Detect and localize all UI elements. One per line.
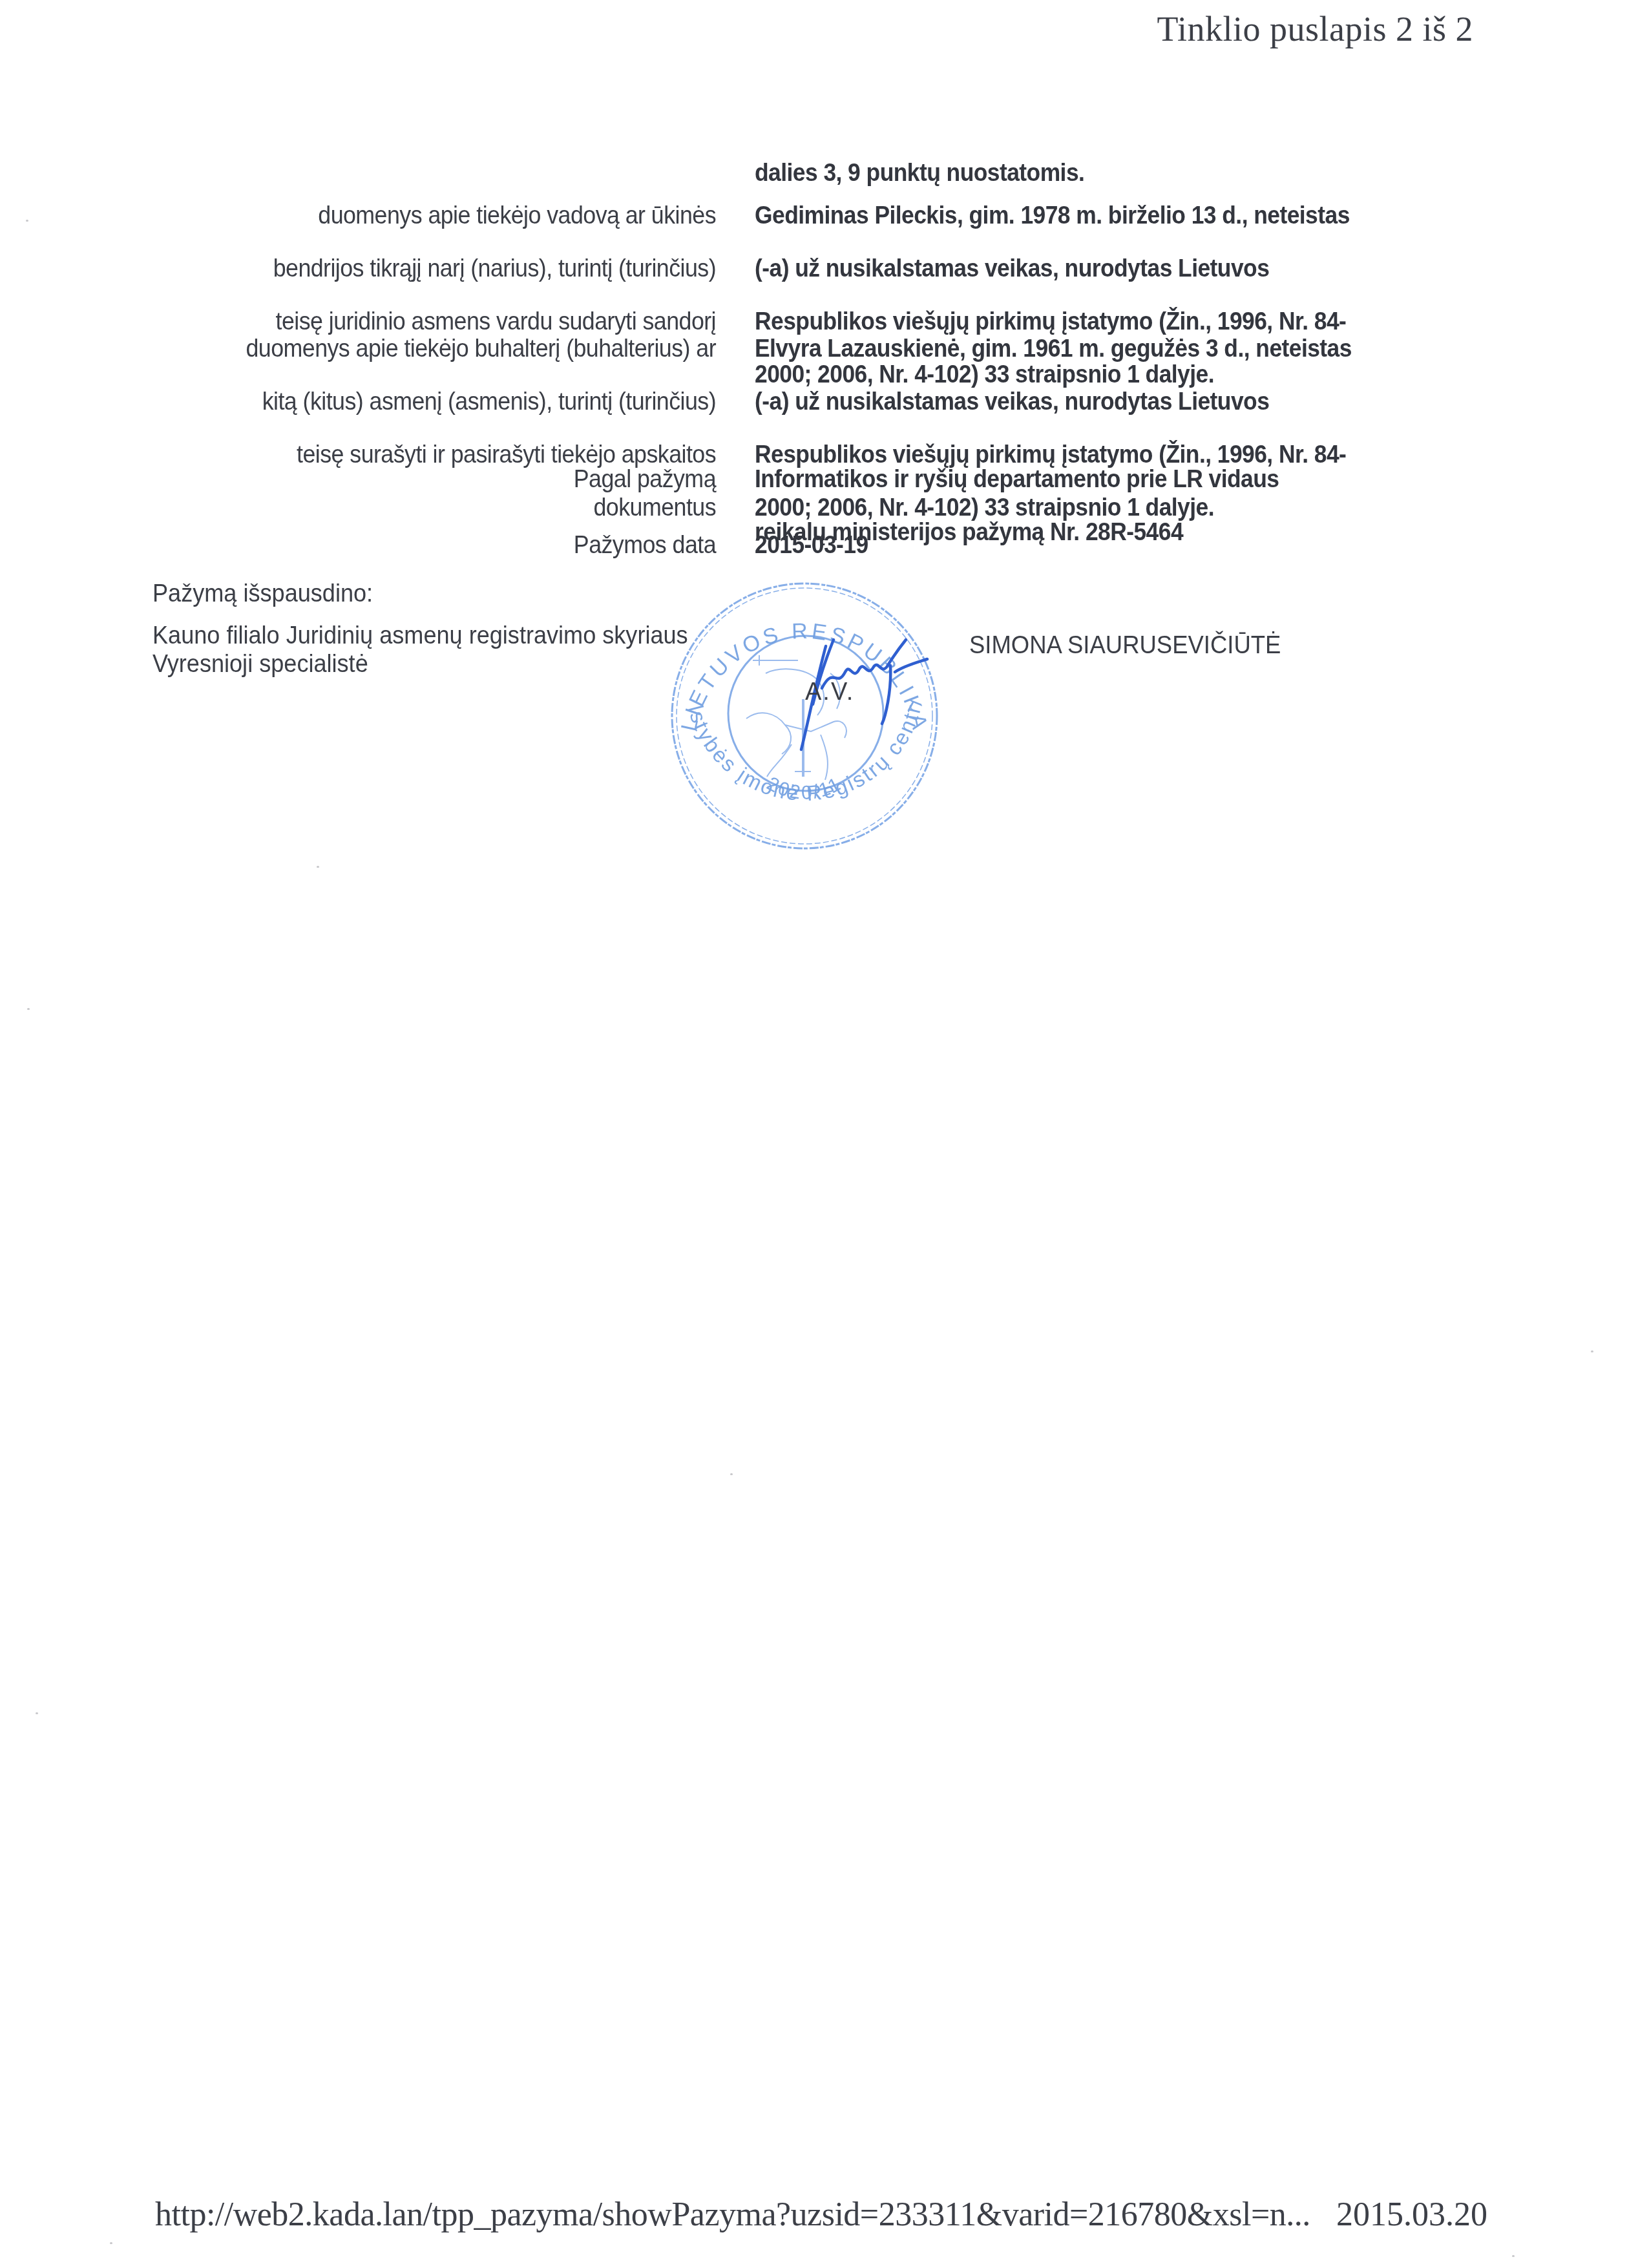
value-line: (-a) už nusikalstamas veikas, nurodytas … [755, 255, 1438, 282]
signer-department: Kauno filialo Juridinių asmenų registrav… [152, 622, 688, 678]
label-line: duomenys apie tiekėjo vadovą ar ūkinės [175, 202, 716, 229]
label-line: kitą (kitus) asmenį (asmenis), turintį (… [175, 388, 716, 415]
department-line: Kauno filialo Juridinių asmenų registrav… [152, 622, 688, 650]
footer-print-date: 2015.03.20 [1336, 2196, 1487, 2234]
label-line: Pažymos data [175, 532, 716, 558]
stamp-place-mark: A.V. [805, 678, 854, 706]
value-line: 2015-03-19 [755, 532, 1438, 558]
signer-name: SIMONA SIAURUSEVIČIŪTĖ [969, 632, 1281, 660]
scan-speck [36, 1712, 38, 1714]
value-line: Gediminas Pileckis, gim. 1978 m. birželi… [755, 202, 1438, 229]
detail-label: Pažymos data [175, 505, 716, 585]
value-line: Informatikos ir ryšių departamento prie … [755, 466, 1438, 492]
scan-speck [27, 1008, 30, 1010]
scan-speck [730, 1473, 733, 1475]
value-line: (-a) už nusikalstamas veikas, nurodytas … [755, 388, 1438, 415]
scan-speck [1512, 2255, 1515, 2257]
value-line: Elvyra Lazauskienė, gim. 1961 m. gegužės… [755, 335, 1438, 362]
scan-speck [317, 866, 319, 868]
label-line: Pagal pažymą [175, 466, 716, 492]
department-line: Vyresnioji specialistė [152, 650, 688, 678]
label-line: duomenys apie tiekėjo buhalterį (buhalte… [175, 335, 716, 362]
page-indicator: Tinklio puslapis 2 iš 2 [1157, 9, 1473, 49]
footer-url: http://web2.kada.lan/tpp_pazyma/showPazy… [155, 2196, 1310, 2234]
printed-by-label: Pažymą išspausdino: [152, 580, 373, 607]
label-line: bendrijos tikrąjį narį (narius), turintį… [175, 255, 716, 282]
scan-speck [1591, 1350, 1593, 1352]
scan-speck [26, 220, 28, 222]
scan-speck [110, 2242, 112, 2244]
